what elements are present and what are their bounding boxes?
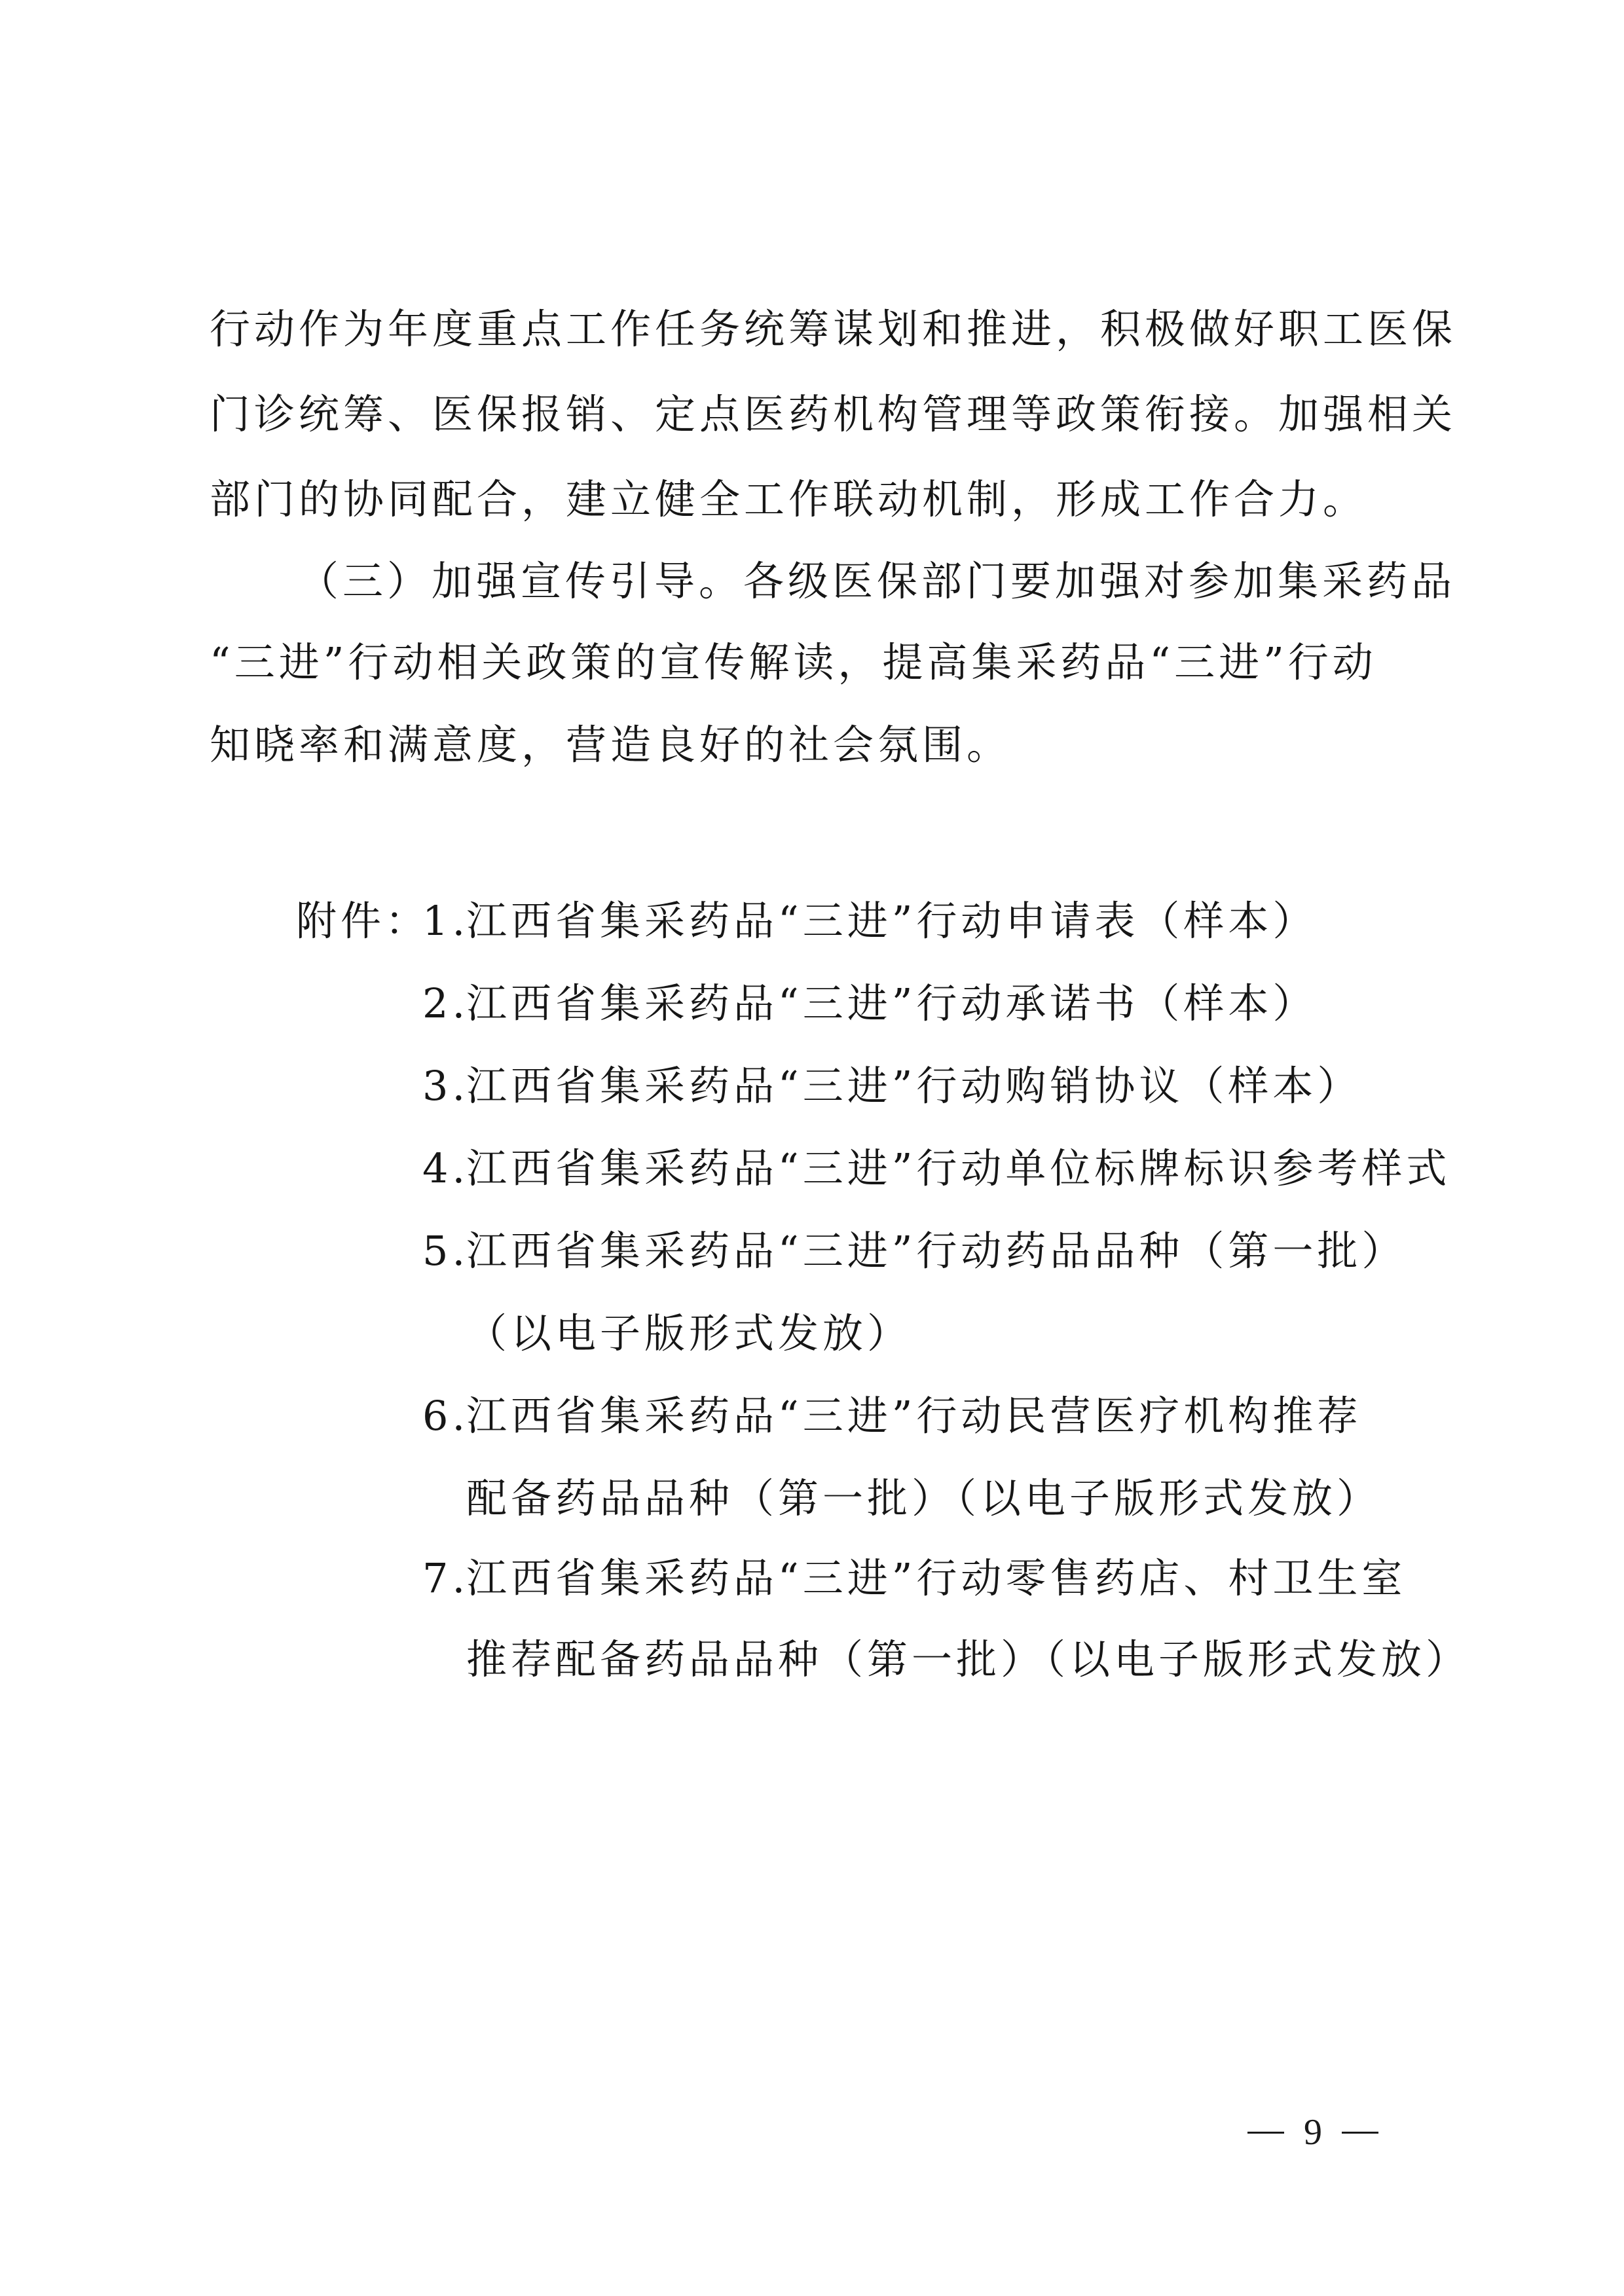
attachment-title: 江西省集采药品“三进”行动购销协议（样本） <box>466 1060 1361 1112</box>
attachment-title: 江西省集采药品“三进”行动药品品种（第一批） <box>466 1225 1406 1277</box>
attachments-label: 附件： <box>296 895 430 947</box>
body-line: 门诊统筹、医保报销、定点医药机构管理等政策衔接。加强相关 <box>210 388 1456 441</box>
attachment-title-continued: 配备药品品种（第一批）（以电子版形式发放） <box>466 1472 1381 1525</box>
attachment-title: 江西省集采药品“三进”行动申请表（样本） <box>466 895 1317 947</box>
dash-right <box>1342 2132 1378 2134</box>
body-line: 行动作为年度重点工作任务统筹谋划和推进，积极做好职工医保 <box>210 303 1456 355</box>
body-line: “三进”行动相关政策的宣传解读，提高集采药品“三进”行动 <box>210 636 1377 689</box>
attachment-title-continued: （以电子版形式发放） <box>466 1307 912 1360</box>
dash-left <box>1247 2132 1284 2134</box>
page-number-value: 9 <box>1304 2109 1322 2155</box>
attachment-number: 7. <box>422 1552 469 1605</box>
section-heading-line: （三）加强宣传引导。各级医保部门要加强对参加集采药品 <box>298 555 1456 608</box>
body-line: 知晓率和满意度，营造良好的社会氛围。 <box>210 719 1011 771</box>
attachment-number: 5. <box>422 1225 469 1277</box>
attachment-title: 江西省集采药品“三进”行动单位标牌标识参考样式 <box>466 1142 1450 1195</box>
document-page: 行动作为年度重点工作任务统筹谋划和推进，积极做好职工医保 门诊统筹、医保报销、定… <box>0 0 1624 2296</box>
body-line: 部门的协同配合，建立健全工作联动机制，形成工作合力。 <box>210 473 1367 526</box>
attachment-number: 4. <box>422 1142 469 1195</box>
attachment-number: 3. <box>422 1060 469 1112</box>
attachment-number: 1. <box>422 895 469 947</box>
attachment-number: 2. <box>422 977 469 1030</box>
attachment-title-continued: 推荐配备药品品种（第一批）（以电子版形式发放） <box>466 1633 1470 1686</box>
page-number: 9 <box>1247 2109 1378 2155</box>
attachment-title: 江西省集采药品“三进”行动承诺书（样本） <box>466 977 1317 1030</box>
attachment-title: 江西省集采药品“三进”行动零售药店、村卫生室 <box>466 1552 1406 1605</box>
attachment-number: 6. <box>422 1390 469 1442</box>
attachment-title: 江西省集采药品“三进”行动民营医疗机构推荐 <box>466 1390 1361 1442</box>
